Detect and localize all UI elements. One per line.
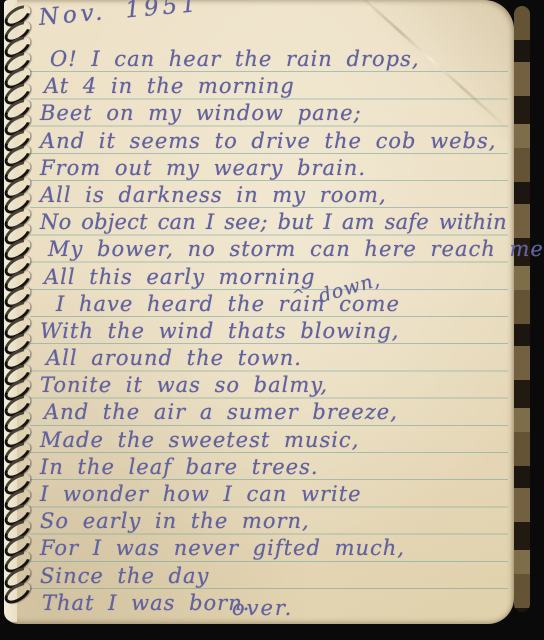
poem-line-with-insertion: I have heard the rain come ^ down, (40, 291, 498, 318)
poem-line: From out my weary brain. (40, 155, 498, 182)
poem-line: All this early morning (40, 264, 498, 291)
poem-line: And the air a sumer breeze, (40, 399, 498, 426)
poem-line: So early in the morn, (40, 508, 498, 535)
poem-line: And it seems to drive the cob webs, (40, 128, 498, 155)
notebook-page: Nov. 1951 O! I can hear the rain drops, … (4, 0, 514, 624)
poem-line: All around the town. (40, 345, 498, 372)
poem-line: At 4 in the morning (40, 73, 498, 100)
date-heading: Nov. 1951 (38, 0, 201, 31)
over-note: over. (232, 596, 293, 620)
notebook-photo: Nov. 1951 O! I can hear the rain drops, … (0, 0, 544, 640)
poem-line: I wonder how I can write (40, 481, 498, 508)
poem-body: O! I can hear the rain drops, At 4 in th… (40, 46, 498, 617)
poem-line: All is darkness in my room, (40, 182, 498, 209)
spiral-binding (1, 8, 37, 618)
page-edge-stack (514, 6, 530, 612)
poem-line: In the leaf bare trees. (40, 454, 498, 481)
poem-line: No object can I see; but I am safe withi… (40, 209, 498, 236)
poem-line: My bower, no storm can here reach me. (40, 236, 498, 263)
poem-line: Made the sweetest music, (40, 427, 498, 454)
poem-line: Beet on my window pane; (40, 100, 498, 127)
poem-line: Tonite it was so balmy, (40, 372, 498, 399)
insertion-caret: ^ (292, 288, 306, 302)
poem-line: Since the day (40, 563, 498, 590)
poem-line: With the wind thats blowing, (40, 318, 498, 345)
poem-line: For I was never gifted much, (40, 535, 498, 562)
poem-line: O! I can hear the rain drops, (40, 46, 498, 73)
